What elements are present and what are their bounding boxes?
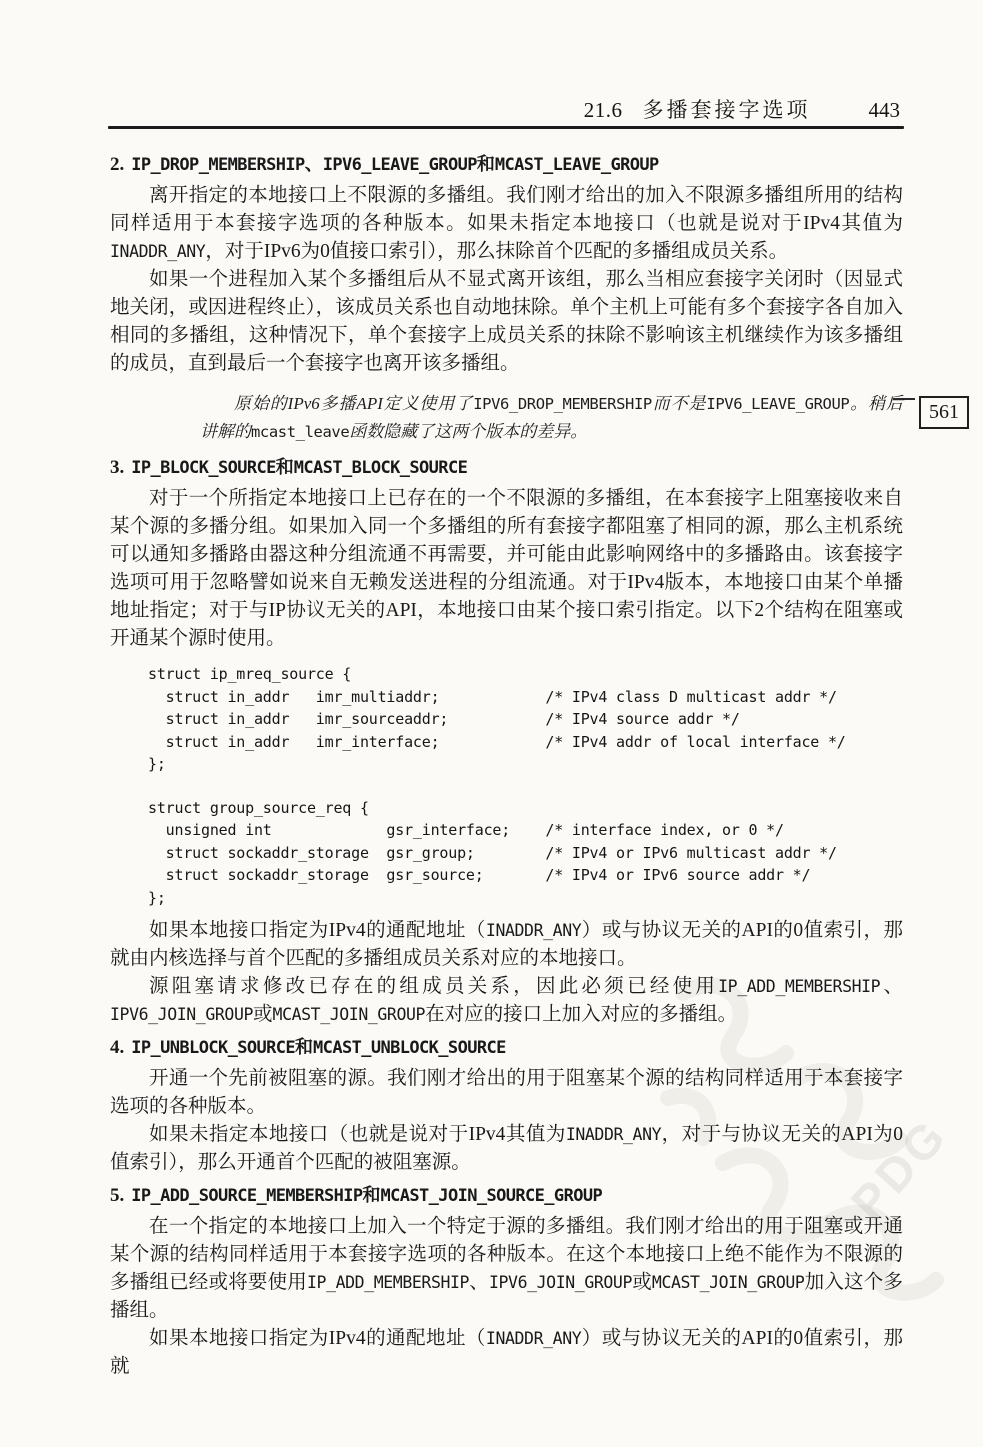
inline-text: 原始的IPv6多播API定义使用了: [234, 394, 473, 413]
inline-code: MCAST_UNBLOCK_SOURCE: [313, 1038, 506, 1058]
paragraph: 对于一个所指定本地接口上已存在的一个不限源的多播组，在本套接字上阻塞接收来自某个…: [110, 485, 903, 653]
paragraph: 离开指定的本地接口上不限源的多播组。我们刚才给出的加入不限源多播组所用的结构同样…: [110, 182, 903, 266]
paragraph: 如果本地接口指定为IPv4的通配地址（INADDR_ANY）或与协议无关的API…: [110, 917, 903, 973]
inline-code: IPV6_JOIN_GROUP: [489, 1273, 632, 1292]
inline-text: 函数隐藏了这两个版本的差异。: [349, 422, 587, 441]
inline-code: MCAST_JOIN_GROUP: [273, 1005, 426, 1024]
inline-code: mcast_leave: [251, 423, 349, 441]
inline-text: 如果未指定本地接口（也就是说对于IPv4其值为: [149, 1124, 566, 1145]
header-section-number: 21.6: [584, 98, 623, 122]
inline-code: INADDR_ANY: [110, 242, 205, 261]
inline-code: IP_UNBLOCK_SOURCE: [131, 1038, 295, 1058]
header-rule: [108, 126, 904, 129]
inline-code: MCAST_JOIN_GROUP: [652, 1273, 805, 1292]
inline-text: 对于一个所指定本地接口上已存在的一个不限源的多播组，在本套接字上阻塞接收来自某个…: [110, 488, 903, 649]
inline-code: IPV6_LEAVE_GROUP: [706, 395, 849, 413]
inline-code: MCAST_BLOCK_SOURCE: [294, 458, 467, 478]
section-heading: 5.IP_ADD_SOURCE_MEMBERSHIP和MCAST_JOIN_SO…: [110, 1182, 903, 1210]
inline-code: IP_ADD_MEMBERSHIP: [718, 977, 880, 996]
inline-code: INADDR_ANY: [486, 921, 581, 940]
inline-text: 、: [880, 976, 903, 997]
header-page-number: 443: [869, 98, 901, 122]
page-header: 21.6多播套接字选项443: [0, 94, 900, 124]
inline-code: IP_DROP_MEMBERSHIP: [131, 155, 304, 175]
inline-text: 、: [469, 1272, 489, 1293]
inline-text: 如果本地接口指定为IPv4的通配地址（: [149, 1328, 486, 1349]
inline-text: 而不是: [652, 394, 707, 413]
margin-page-number: 561: [929, 401, 959, 423]
inline-text: 如果本地接口指定为IPv4的通配地址（: [149, 920, 486, 941]
inline-code: IPV6_JOIN_GROUP: [110, 1005, 253, 1024]
section-heading-number: 5.: [110, 1185, 124, 1206]
inline-text: 离开指定的本地接口上不限源的多播组。我们刚才给出的加入不限源多播组所用的结构同样…: [110, 185, 903, 234]
inline-text: 或: [632, 1272, 652, 1293]
section-heading: 2.IP_DROP_MEMBERSHIP、IPV6_LEAVE_GROUP和MC…: [110, 151, 903, 179]
section-heading-number: 4.: [110, 1037, 124, 1058]
paragraph: 如果一个进程加入某个多播组后从不显式离开该组，那么当相应套接字关闭时（因显式地关…: [110, 266, 903, 378]
petit-note: 原始的IPv6多播API定义使用了IPV6_DROP_MEMBERSHIP而不是…: [200, 390, 903, 446]
inline-text: 在对应的接口上加入对应的多播组。: [425, 1004, 737, 1025]
paragraph: 在一个指定的本地接口上加入一个特定于源的多播组。我们刚才给出的用于阻塞或开通某个…: [110, 1213, 903, 1325]
inline-code: IP_ADD_MEMBERSHIP: [307, 1273, 469, 1292]
code-block: struct ip_mreq_source { struct in_addr i…: [148, 663, 903, 776]
margin-page-marker: 561: [919, 396, 969, 429]
inline-text: 开通一个先前被阻塞的源。我们刚才给出的用于阻塞某个源的结构同样适用于本套接字选项…: [110, 1068, 903, 1117]
header-section-title: 多播套接字选项: [643, 98, 811, 122]
inline-code: INADDR_ANY: [566, 1125, 661, 1144]
inline-code: IP_ADD_SOURCE_MEMBERSHIP: [131, 1186, 362, 1206]
inline-text: 源阻塞请求修改已存在的组成员关系，因此必须已经使用: [149, 976, 718, 997]
inline-text: 如果一个进程加入某个多播组后从不显式离开该组，那么当相应套接字关闭时（因显式地关…: [110, 269, 903, 374]
code-block: struct group_source_req { unsigned int g…: [148, 797, 903, 910]
inline-text: 、: [305, 154, 323, 174]
inline-text: ，对于IPv6为0值接口索引），那么抹除首个匹配的多播组成员关系。: [205, 241, 788, 262]
inline-code: IP_BLOCK_SOURCE: [131, 458, 276, 478]
book-page: 21.6多播套接字选项443 561 PDG 2.IP_DROP_MEMBERS…: [0, 0, 983, 1447]
inline-text: 或: [253, 1004, 273, 1025]
page-content: 2.IP_DROP_MEMBERSHIP、IPV6_LEAVE_GROUP和MC…: [110, 146, 903, 1381]
inline-code: IPV6_LEAVE_GROUP: [323, 155, 477, 175]
inline-text: 和: [276, 457, 294, 477]
inline-code: INADDR_ANY: [486, 1329, 581, 1348]
section-heading: 3.IP_BLOCK_SOURCE和MCAST_BLOCK_SOURCE: [110, 454, 903, 482]
paragraph: 源阻塞请求修改已存在的组成员关系，因此必须已经使用IP_ADD_MEMBERSH…: [110, 973, 903, 1029]
paragraph: 如果未指定本地接口（也就是说对于IPv4其值为INADDR_ANY，对于与协议无…: [110, 1121, 903, 1177]
paragraph: 开通一个先前被阻塞的源。我们刚才给出的用于阻塞某个源的结构同样适用于本套接字选项…: [110, 1065, 903, 1121]
inline-code: IPV6_DROP_MEMBERSHIP: [473, 395, 652, 413]
inline-text: 和: [363, 1185, 381, 1205]
paragraph: 如果本地接口指定为IPv4的通配地址（INADDR_ANY）或与协议无关的API…: [110, 1325, 903, 1381]
section-heading-number: 2.: [110, 154, 124, 175]
inline-code: MCAST_JOIN_SOURCE_GROUP: [381, 1186, 603, 1206]
inline-text: 和: [295, 1037, 313, 1057]
section-heading-number: 3.: [110, 457, 124, 478]
inline-code: MCAST_LEAVE_GROUP: [495, 155, 659, 175]
inline-text: 和: [477, 154, 495, 174]
section-heading: 4.IP_UNBLOCK_SOURCE和MCAST_UNBLOCK_SOURCE: [110, 1034, 903, 1062]
